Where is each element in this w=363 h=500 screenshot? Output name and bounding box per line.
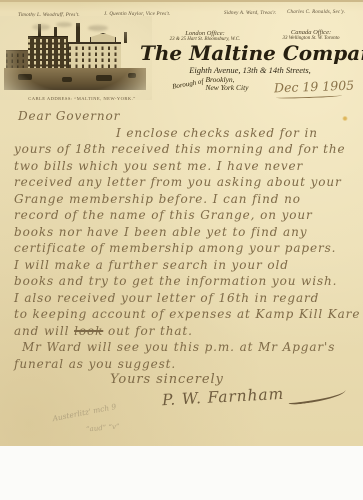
- closing: Yours sincerely: [110, 372, 354, 389]
- body-line: record of the name of this Grange, on yo…: [14, 207, 354, 224]
- borough-nyc: New York City: [205, 84, 248, 92]
- struck-word: look: [74, 324, 103, 338]
- pencil-note: Austerlitz' mch 9: [52, 402, 117, 423]
- handwritten-date: Dec 19 1905: [274, 78, 355, 96]
- strike-pre: and will: [14, 324, 74, 338]
- salutation: Dear Governor: [18, 108, 354, 125]
- letter-body: Dear Governor I enclose checks asked for…: [14, 108, 354, 405]
- body-line: Grange membership before. I can find no: [14, 191, 354, 208]
- body-line: certificate of membership among your pap…: [14, 240, 354, 257]
- company-name: The Maltine Company,: [140, 42, 362, 64]
- signature-flourish: [288, 388, 347, 406]
- officer-treasurer: Sidney A. Ward, Treas'r.: [224, 11, 276, 17]
- letter-photo: Timothy L. Woodruff, Pres't. J. Quentin …: [0, 0, 363, 500]
- signature: P. W. Farnham: [162, 385, 285, 408]
- officer-secretary: Charles C. Ronalds, Sec'y.: [287, 10, 345, 16]
- body-line: to keeping account of expenses at Kamp K…: [14, 306, 354, 323]
- body-line: two bills which you sent me. I have neve…: [14, 158, 354, 175]
- body-line: books and try to get the information you…: [14, 273, 354, 290]
- factory-engraving: [4, 22, 146, 94]
- london-office-label: London Office:: [146, 30, 264, 37]
- body-line: books nor have I been able yet to find a…: [14, 224, 354, 241]
- body-line: yours of 18th received this morning and …: [14, 141, 354, 158]
- body-line: Mr Ward will see you this p.m. at Mr Apg…: [22, 339, 354, 356]
- street-address: Eighth Avenue, 13th & 14th Streets,: [150, 65, 350, 75]
- borough-prefix: Borough of: [172, 77, 204, 90]
- paper-stain: [342, 116, 348, 121]
- signature-line: P. W. Farnham: [162, 389, 354, 406]
- body-line: funeral as you suggest.: [14, 356, 354, 373]
- body-line: received any letter from you asking abou…: [14, 174, 354, 191]
- body-line: I will make a further search in your old: [14, 257, 354, 274]
- strike-post: out for that.: [103, 324, 193, 338]
- body-line: I also received your letter of 16th in r…: [14, 290, 354, 307]
- body-line: I enclose checks asked for in: [116, 125, 354, 142]
- pencil-note: “aud” “v”: [86, 423, 120, 434]
- photo-background: [0, 446, 363, 500]
- engraving-vignette-fade: [0, 16, 152, 100]
- letter-paper: Timothy L. Woodruff, Pres't. J. Quentin …: [0, 0, 363, 448]
- body-line-with-strikeout: and will look out for that.: [14, 323, 354, 340]
- cable-address-caption: CABLE ADDRESS: “MALTINE, NEW-YORK.”: [18, 96, 146, 101]
- canada-office-label: Canada Office:: [262, 29, 360, 36]
- borough-line: Borough of Brooklyn, New York City: [172, 76, 249, 92]
